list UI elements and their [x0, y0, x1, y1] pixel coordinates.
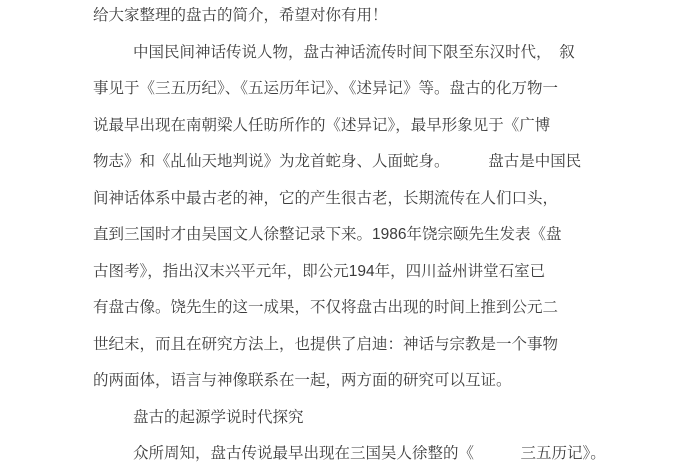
- text-line: 的两面体，语言与神像联系在一起，两方面的研究可以互证。: [93, 363, 620, 400]
- document-page: 给大家整理的盘古的简介，希望对你有用！ 中国民间神话传说人物，盘古神话流传时间下…: [0, 0, 700, 470]
- text-line: 世纪末，而且在研究方法上，也提供了启迪：神话与宗教是一个事物: [93, 327, 620, 364]
- article-text: 给大家整理的盘古的简介，希望对你有用！ 中国民间神话传说人物，盘古神话流传时间下…: [93, 0, 620, 470]
- text-line: 说最早出现在南朝梁人任昉所作的《述异记》，最早形象见于《广博: [93, 108, 620, 145]
- text-line: 众所周知，盘古传说最早出现在三国吴人徐整的《 三五历记》。: [93, 436, 620, 470]
- text-line: 古图考》，指出汉末兴平元年，即公元194年，四川益州讲堂石室已: [93, 254, 620, 291]
- text-line: 盘古的起源学说时代探究: [93, 400, 620, 437]
- text-line: 给大家整理的盘古的简介，希望对你有用！: [93, 0, 620, 35]
- text-line: 有盘古像。饶先生的这一成果，不仅将盘古出现的时间上推到公元二: [93, 290, 620, 327]
- text-line: 事见于《三五历纪》、《五运历年记》、《述异记》等。盘古的化万物一: [93, 71, 620, 108]
- text-line: 物志》和《乩仙天地判说》为龙首蛇身、人面蛇身。 盘古是中国民: [93, 144, 620, 181]
- text-line: 直到三国时才由吴国文人徐整记录下来。1986年饶宗颐先生发表《盘: [93, 217, 620, 254]
- text-line: 中国民间神话传说人物，盘古神话流传时间下限至东汉时代， 叙: [93, 35, 620, 72]
- text-line: 间神话体系中最古老的神，它的产生很古老，长期流传在人们口头，: [93, 181, 620, 218]
